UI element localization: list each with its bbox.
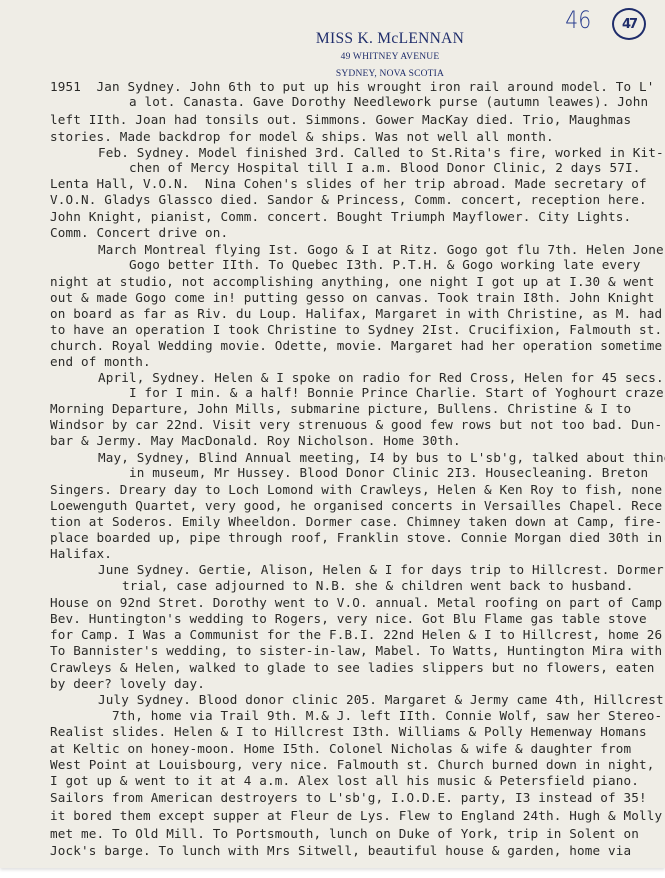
- text-line: bar & Jermy. May MacDonald. Roy Nicholso…: [50, 434, 461, 448]
- text-line: I for I min. & a half! Bonnie Prince Cha…: [129, 386, 664, 400]
- text-line: stories. Made backdrop for model & ships…: [50, 130, 554, 144]
- text-line: Bev. Huntington's wedding to Rogers, ver…: [50, 612, 647, 626]
- text-line: June Sydney. Gertie, Alison, Helen & I f…: [98, 563, 664, 577]
- text-line: left IIth. Joan had tonsils out. Simmons…: [50, 113, 631, 127]
- text-line: Gogo better IIth. To Quebec I3th. P.T.H.…: [129, 258, 641, 272]
- text-line: John Knight, pianist, Comm. concert. Bou…: [50, 210, 631, 224]
- text-line: Crawleys & Helen, walked to glade to see…: [50, 661, 655, 675]
- circled-page-number: 47: [612, 8, 646, 40]
- text-line: trial, case adjourned to N.B. she & chil…: [122, 579, 634, 593]
- text-line: for Camp. I Was a Communist for the F.B.…: [50, 628, 662, 642]
- text-line: V.O.N. Gladys Glassco died. Sandor & Pri…: [50, 193, 647, 207]
- text-line: Lenta Hall, V.O.N. Nina Cohen's slides o…: [50, 177, 647, 191]
- text-line: in museum, Mr Hussey. Blood Donor Clinic…: [129, 466, 648, 480]
- typewritten-page: MISS K. McLENNAN 49 WHITNEY AVENUE SYDNE…: [0, 0, 665, 868]
- text-line: chen of Mercy Hospital till I a.m. Blood…: [129, 161, 641, 175]
- text-line: Morning Departure, John Mills, submarine…: [50, 402, 631, 416]
- text-line: Loewenguth Quartet, very good, he organi…: [50, 499, 662, 513]
- text-line: April, Sydney. Helen & I spoke on radio …: [98, 371, 664, 385]
- text-line: To Bannister's wedding, to sister-in-law…: [50, 644, 662, 658]
- text-line: out & made Gogo come in! putting gesso o…: [50, 291, 655, 305]
- text-line: House on 92nd Stret. Dorothy went to V.O…: [50, 596, 662, 610]
- text-line: to have an operation I took Christine to…: [50, 323, 662, 337]
- text-line: it bored them except supper at Fleur de …: [50, 809, 662, 823]
- text-line: night at studio, not accomplishing anyth…: [50, 275, 655, 289]
- text-line: West Point at Louisbourg, very nice. Fal…: [50, 758, 655, 772]
- letterhead-address: 49 WHITNEY AVENUE: [260, 52, 520, 62]
- text-line: 1951 Jan Sydney. John 6th to put up his …: [50, 80, 655, 94]
- text-line: Sailors from American destroyers to L'sb…: [50, 791, 647, 805]
- text-line: Singers. Dreary day to Loch Lomond with …: [50, 483, 662, 497]
- text-line: tion at Soderos. Emily Wheeldon. Dormer …: [50, 515, 662, 529]
- letterhead-city: SYDNEY, NOVA SCOTIA: [260, 69, 520, 79]
- text-line: end of month.: [50, 355, 151, 369]
- text-line: Feb. Sydney. Model finished 3rd. Called …: [98, 146, 664, 160]
- text-line: place boarded up, pipe through roof, Fra…: [50, 531, 662, 545]
- text-line: church. Royal Wedding movie. Odette, mov…: [50, 339, 662, 353]
- text-line: at Keltic on honey-moon. Home I5th. Colo…: [50, 742, 631, 756]
- text-line: Comm. Concert drive on.: [50, 226, 228, 240]
- letterhead-name: MISS K. McLENNAN: [260, 30, 520, 48]
- text-line: met me. To Old Mill. To Portsmouth, lunc…: [50, 827, 639, 841]
- text-line: on board as far as Riv. du Loup. Halifax…: [50, 307, 662, 321]
- text-line: Realist slides. Helen & I to Hillcrest I…: [50, 725, 647, 739]
- text-line: by deer? lovely day.: [50, 677, 205, 691]
- text-line: May, Sydney, Blind Annual meeting, I4 by…: [98, 451, 665, 465]
- text-line: Halifax.: [50, 547, 112, 561]
- text-line: I got up & went to it at 4 a.m. Alex los…: [50, 774, 639, 788]
- text-line: a lot. Canasta. Gave Dorothy Needlework …: [129, 95, 648, 109]
- text-line: July Sydney. Blood donor clinic 205. Mar…: [98, 693, 664, 707]
- text-line: Jock's barge. To lunch with Mrs Sitwell,…: [50, 844, 631, 858]
- text-line: March Montreal flying Ist. Gogo & I at R…: [98, 243, 665, 257]
- handwritten-page-number: 46: [565, 6, 591, 34]
- text-line: 7th, home via Trail 9th. M.& J. left IIt…: [112, 709, 662, 723]
- text-line: Windsor by car 22nd. Visit very strenuou…: [50, 418, 662, 432]
